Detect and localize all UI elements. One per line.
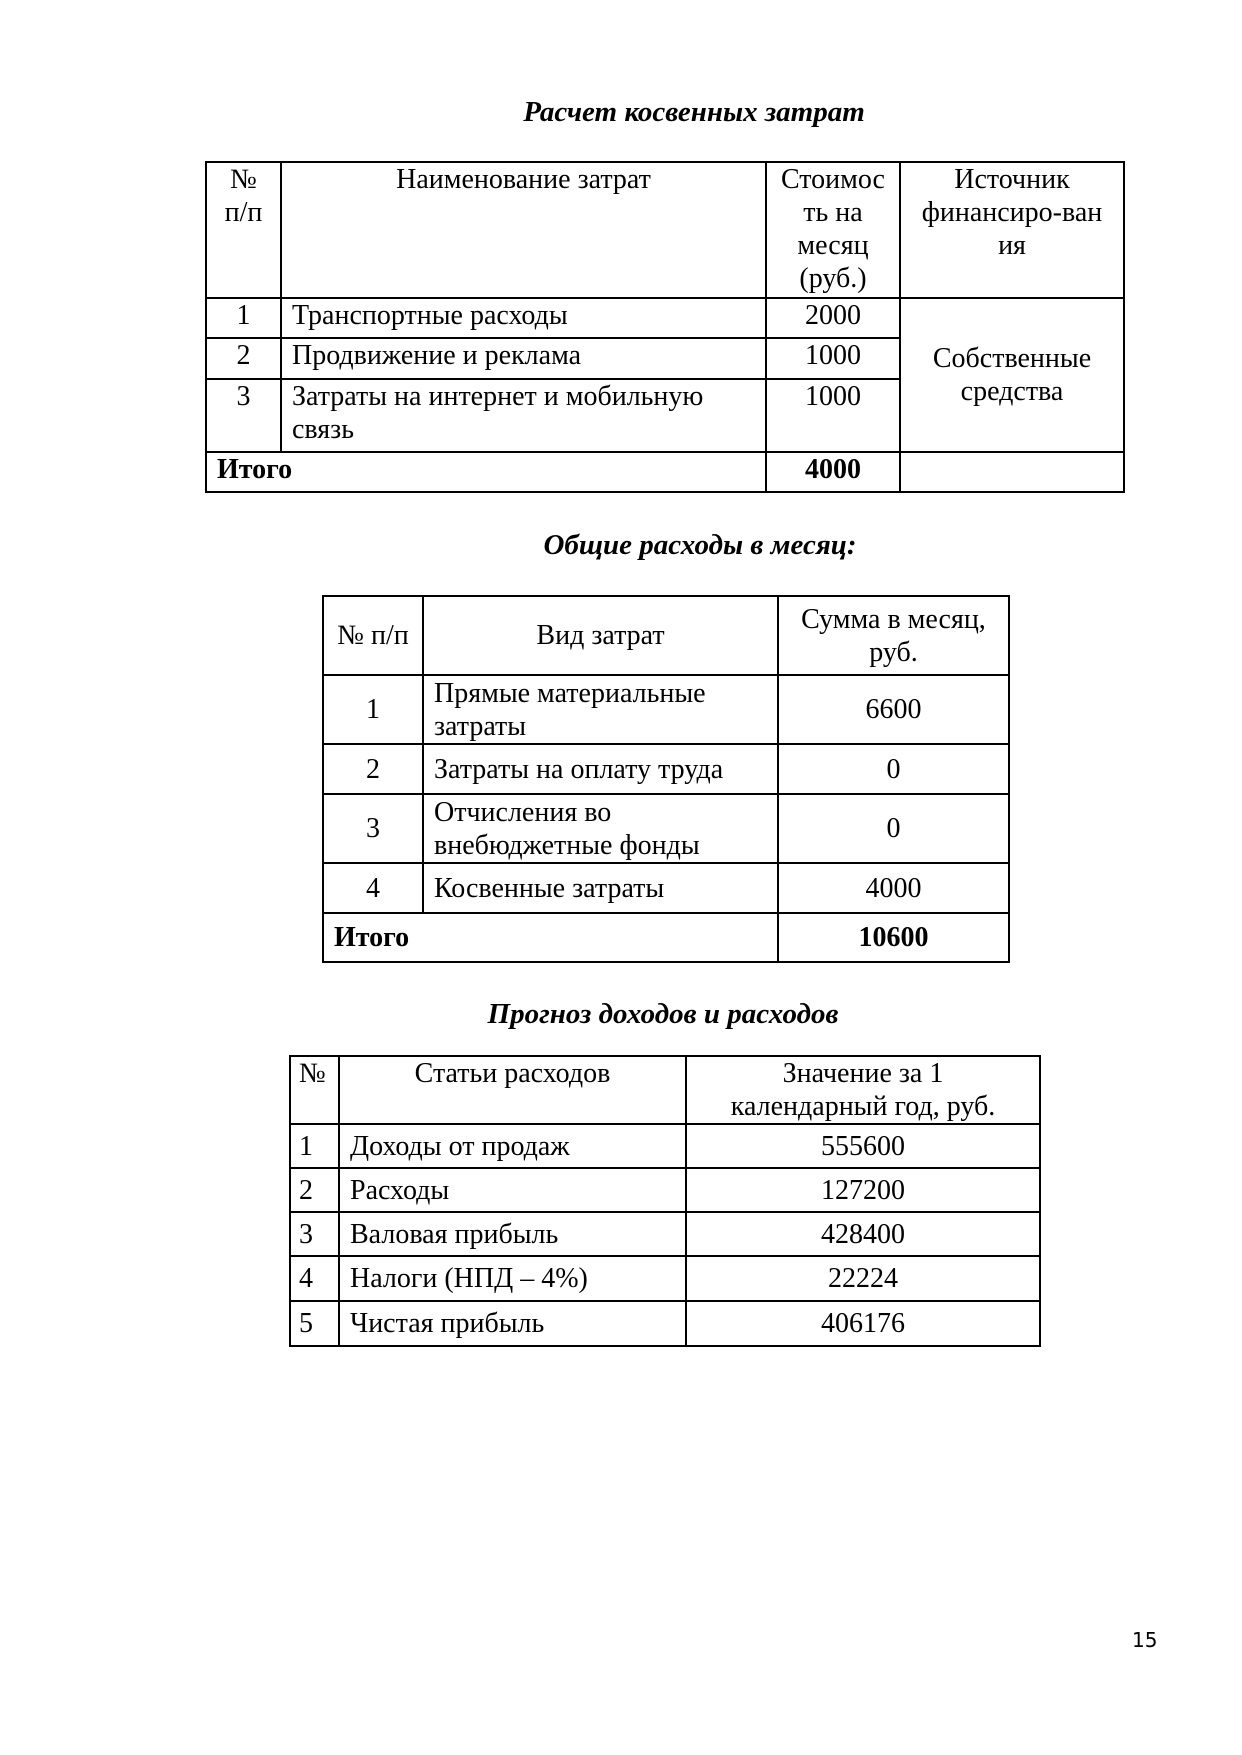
table-header-row: № п/п Вид затрат Сумма в месяц,руб. [323,596,1009,675]
header-item: Статьи расходов [339,1056,686,1124]
table-header-row: № Статьи расходов Значение за 1календарн… [290,1056,1040,1124]
forecast-table: № Статьи расходов Значение за 1календарн… [289,1055,1041,1347]
table-row: 3 Валовая прибыль 428400 [290,1212,1040,1256]
table-row: 5 Чистая прибыль 406176 [290,1301,1040,1346]
monthly-expenses-title: Общие расходы в месяц: [543,529,856,562]
header-num: № [290,1056,339,1124]
table-row: 1 Транспортные расходы 2000 Собственныес… [206,298,1124,338]
header-source: Источникфинансиро-вания [900,162,1124,298]
table-row: 2 Затраты на оплату труда 0 [323,744,1009,794]
table-row: 1 Доходы от продаж 555600 [290,1124,1040,1168]
monthly-expenses-table: № п/п Вид затрат Сумма в месяц,руб. 1 Пр… [322,595,1010,963]
header-name: Наименование затрат [281,162,766,298]
table-row: 4 Налоги (НПД – 4%) 22224 [290,1256,1040,1301]
table-row: 4 Косвенные затраты 4000 [323,863,1009,913]
header-sum: Сумма в месяц,руб. [778,596,1009,675]
table-header-row: №п/п Наименование затрат Стоимость намес… [206,162,1124,298]
header-type: Вид затрат [423,596,778,675]
header-cost: Стоимость намесяц(руб.) [766,162,900,298]
table-row: 3 Отчисления во внебюджетные фонды 0 [323,794,1009,863]
forecast-title: Прогноз доходов и расходов [488,998,839,1031]
header-value: Значение за 1календарный год, руб. [686,1056,1040,1124]
page-number: 15 [1132,1628,1157,1652]
indirect-costs-title: Расчет косвенных затрат [523,96,865,129]
indirect-costs-table: №п/п Наименование затрат Стоимость намес… [205,161,1125,493]
table-row: 2 Расходы 127200 [290,1168,1040,1212]
header-num: № п/п [323,596,423,675]
total-row: Итого 4000 [206,452,1124,492]
table-row: 1 Прямые материальные затраты 6600 [323,675,1009,744]
total-row: Итого 10600 [323,913,1009,962]
funding-source-cell: Собственныесредства [900,298,1124,452]
header-num: №п/п [206,162,281,298]
